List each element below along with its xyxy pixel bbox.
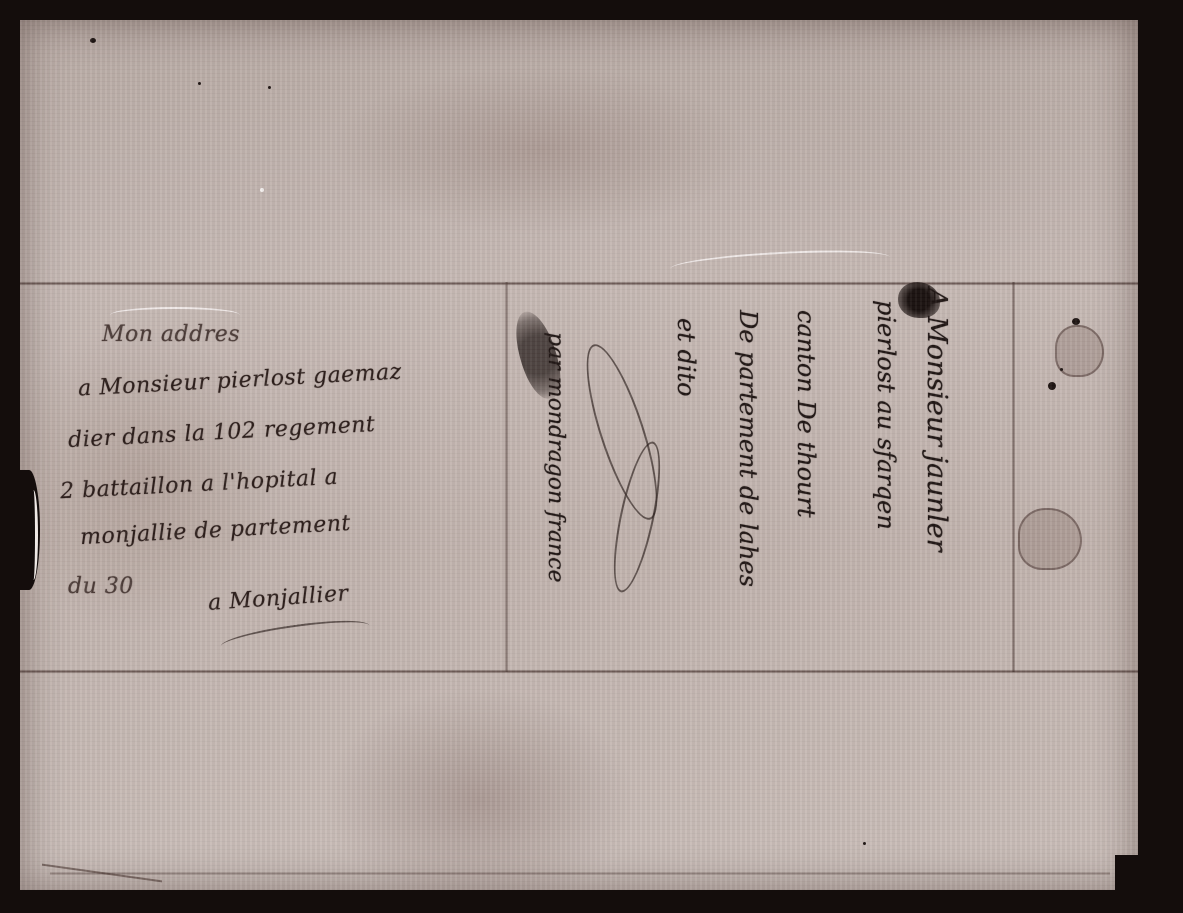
surface-scratch <box>110 307 240 323</box>
dust-speck <box>260 188 264 192</box>
fold-crease-bottom-edge <box>50 872 1110 875</box>
fold-crease-bottom <box>20 670 1138 673</box>
sender-address-line-3: 2 battaillon a l'hopital a <box>60 465 339 505</box>
ink-dot <box>1048 382 1056 390</box>
fold-crease-right <box>1012 282 1015 672</box>
sender-address-line-2: dier dans la 102 regement <box>68 412 376 453</box>
recipient-address-line-3: canton De thourt <box>792 310 820 518</box>
surface-scratch <box>670 246 891 279</box>
recipient-address-line-4: De partement de lahes <box>734 310 762 587</box>
fold-crease-left <box>505 282 508 672</box>
folded-corner <box>42 864 162 905</box>
wax-seal-remnant-lower <box>1018 508 1082 570</box>
fold-crease-top <box>20 282 1138 285</box>
recipient-address-line-1: A Monsieur jaunler <box>921 288 952 552</box>
ink-dot <box>1072 318 1080 325</box>
sender-address-line-5: du 30 <box>68 574 134 599</box>
sender-address-line-6: a Monjallier <box>207 581 349 616</box>
dust-speck <box>1060 368 1063 371</box>
torn-edge <box>18 470 40 590</box>
dust-speck <box>268 86 271 89</box>
letter-paper: Mon addres a Monsieur pierlost gaemaz di… <box>20 20 1138 890</box>
underline-flourish <box>219 615 371 658</box>
dust-speck <box>198 82 201 85</box>
paper-corner-notch <box>1115 855 1145 895</box>
dust-speck <box>90 38 96 43</box>
sender-address-line-4: monjallie de partement <box>80 511 352 550</box>
sender-address-heading: Mon addres <box>102 322 240 347</box>
recipient-address-line-2: pierlost au sfarqen <box>872 300 900 530</box>
sender-address-line-1: a Monsieur pierlost gaemaz <box>78 360 403 402</box>
recipient-address-line-6: par mondragon france <box>543 332 568 582</box>
recipient-address-line-5: et dito <box>672 318 700 397</box>
dust-speck <box>863 842 866 845</box>
